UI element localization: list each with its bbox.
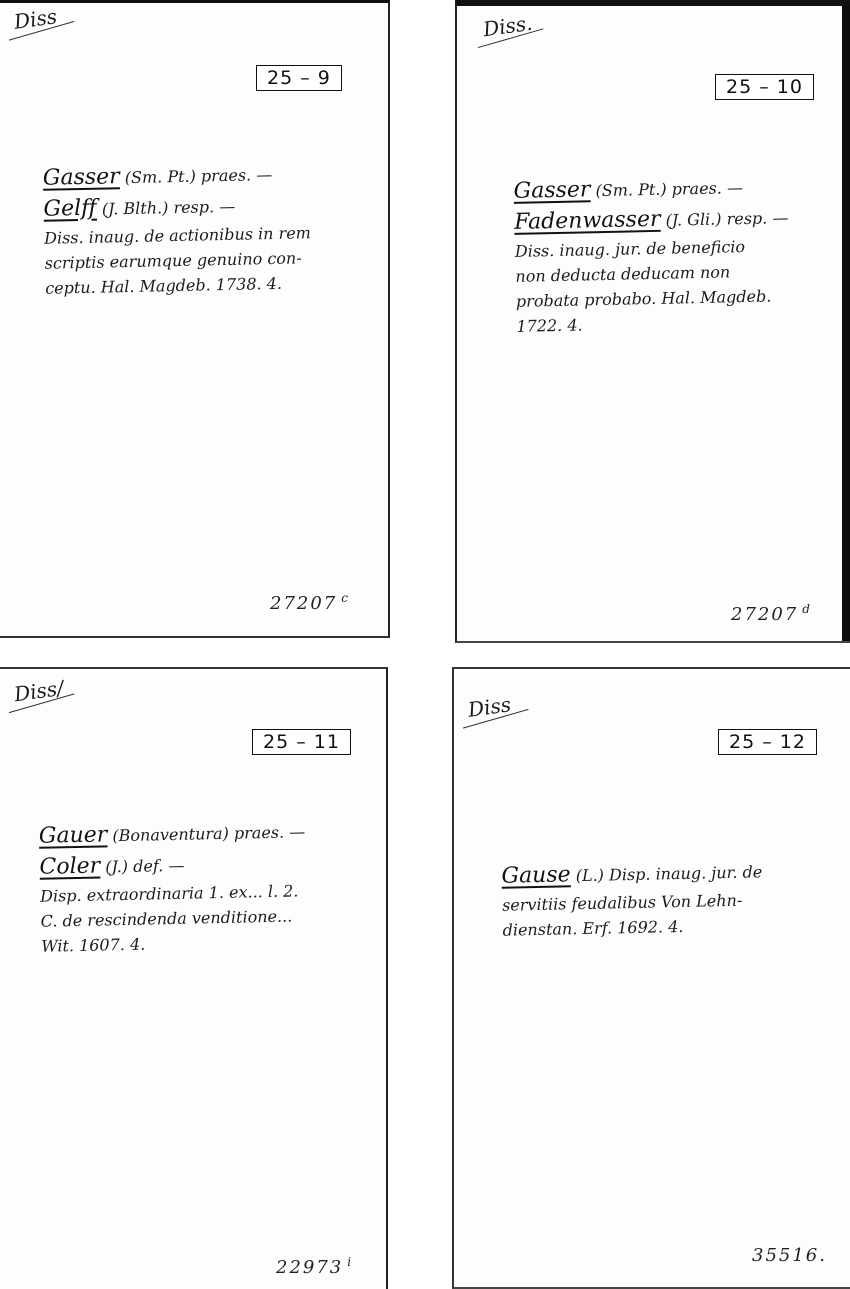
catalogue-card-25-10: Diss. 25 – 10 Gasser (Sm. Pt.) praes. — … [455, 0, 850, 643]
respondent-name: Fadenwasser [514, 207, 661, 235]
catalogue-suffix: d [802, 602, 812, 616]
author-name: Gasser [513, 177, 590, 204]
entry-line: Fadenwasser (J. Gli.) resp. — [514, 202, 789, 239]
diss-mark: Diss [13, 4, 59, 34]
catalogue-number: 27207d [731, 602, 812, 625]
catalogue-number-value: 27207 [731, 604, 798, 625]
catalogue-card-25-9: Diss 25 – 9 Gasser (Sm. Pt.) praes. — Ge… [0, 0, 390, 638]
entry-text: (Sm. Pt.) praes. — [590, 178, 743, 200]
card-entry: Gasser (Sm. Pt.) praes. — Gelff (J. Blth… [43, 158, 313, 301]
catalogue-number-value: 22973 [276, 1257, 343, 1278]
entry-text: (Bonaventura) praes. — [107, 822, 305, 845]
catalogue-number-value: 27207 [270, 593, 337, 614]
entry-text: (J.) def. — [100, 856, 185, 877]
entry-line: 1722. 4. [516, 308, 791, 339]
shelf-number: 25 – 11 [252, 729, 351, 755]
catalogue-suffix: c [341, 591, 350, 605]
shelf-number: 25 – 10 [715, 74, 814, 100]
catalogue-number: 27207c [270, 591, 350, 614]
defendant-name: Coler [39, 854, 100, 880]
catalogue-card-25-11: Diss/ 25 – 11 Gauer (Bonaventura) praes.… [0, 667, 388, 1289]
entry-line: ceptu. Hal. Magdeb. 1738. 4. [45, 270, 312, 301]
entry-text: (Sm. Pt.) praes. — [120, 165, 273, 187]
respondent-name: Gelff [43, 196, 97, 222]
entry-line: Gauer (Bonaventura) praes. — [39, 816, 306, 853]
card-entry: Gause (L.) Disp. inaug. jur. de servitii… [501, 856, 763, 942]
catalogue-suffix: i [347, 1255, 353, 1269]
card-entry: Gauer (Bonaventura) praes. — Coler (J.) … [39, 816, 308, 959]
entry-text: (J. Blth.) resp. — [97, 197, 236, 219]
catalogue-number: 35516. [752, 1243, 831, 1266]
catalogue-card-25-12: Diss 25 – 12 Gause (L.) Disp. inaug. jur… [452, 667, 850, 1289]
author-name: Gause [501, 862, 571, 888]
diss-mark: Diss. [482, 11, 534, 42]
diss-mark: Diss [467, 692, 513, 722]
entry-line: Gasser (Sm. Pt.) praes. — [43, 158, 310, 195]
entry-line: dienstan. Erf. 1692. 4. [502, 912, 763, 942]
catalogue-number: 22973i [276, 1255, 353, 1278]
entry-text: (J. Gli.) resp. — [660, 208, 788, 230]
shelf-number: 25 – 9 [256, 65, 342, 91]
card-entry: Gasser (Sm. Pt.) praes. — Fadenwasser (J… [513, 171, 790, 339]
author-name: Gauer [39, 822, 108, 848]
diss-mark: Diss/ [13, 676, 66, 707]
shelf-number: 25 – 12 [718, 729, 817, 755]
entry-text: (L.) Disp. inaug. jur. de [570, 862, 762, 885]
author-name: Gasser [43, 164, 120, 191]
entry-line: Wit. 1607. 4. [41, 928, 308, 959]
catalogue-number-value: 35516. [752, 1245, 827, 1266]
